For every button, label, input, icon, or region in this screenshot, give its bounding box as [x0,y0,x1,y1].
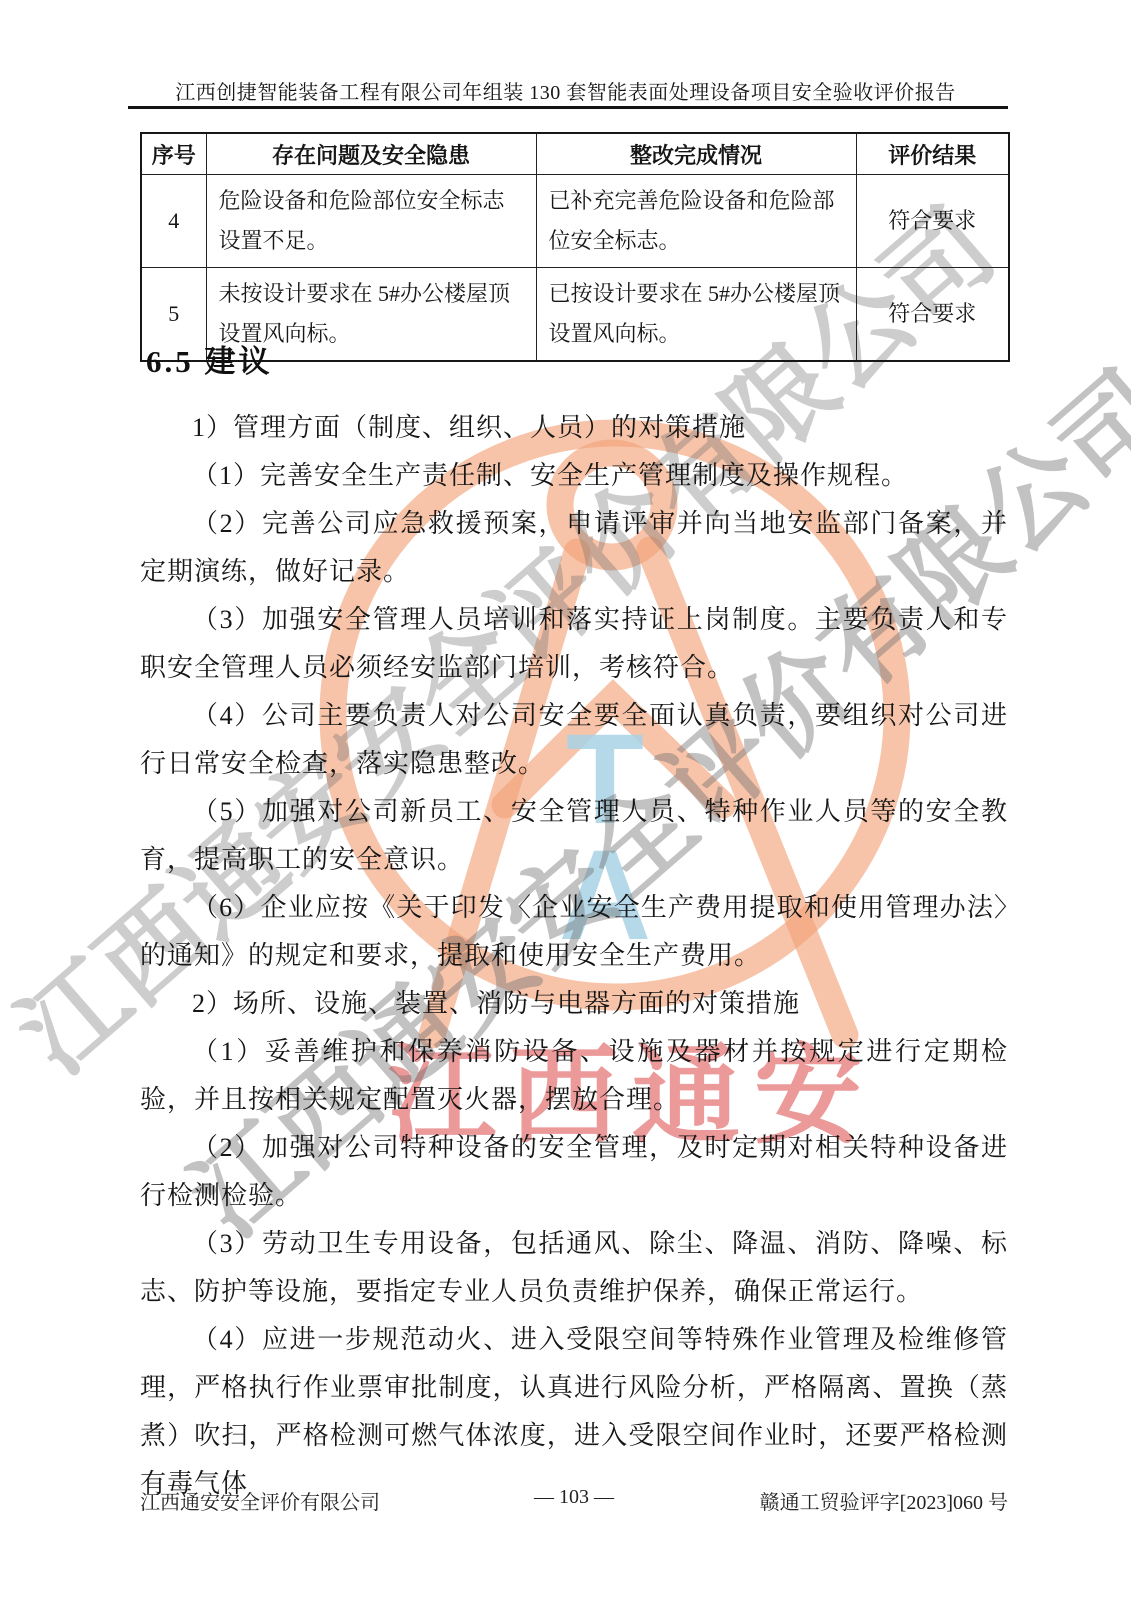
paragraph: （2）加强对公司特种设备的安全管理，及时定期对相关特种设备进行检测检验。 [140,1124,1008,1220]
table-row: 4 危险设备和危险部位安全标志设置不足。 已补充完善危险设备和危险部位安全标志。… [141,175,1009,268]
paragraph: 1）管理方面（制度、组织、人员）的对策措施 [140,404,1008,452]
col-header-no: 序号 [141,133,206,175]
recommendations-body: 1）管理方面（制度、组织、人员）的对策措施 （1）完善安全生产责任制、安全生产管… [140,404,1008,1508]
paragraph: （5）加强对公司新员工、安全管理人员、特种作业人员等的安全教育，提高职工的安全意… [140,788,1008,884]
table-header-row: 序号 存在问题及安全隐患 整改完成情况 评价结果 [141,133,1009,175]
paragraph: （6）企业应按《关于印发〈企业安全生产费用提取和使用管理办法〉的通知》的规定和要… [140,884,1008,980]
page-header-title: 江西创捷智能装备工程有限公司年组装 130 套智能表面处理设备项目安全验收评价报… [0,76,1131,105]
col-header-rectification: 整改完成情况 [536,133,856,175]
header-rule [128,106,1008,109]
paragraph: （4）应进一步规范动火、进入受限空间等特殊作业管理及检维修管理，严格执行作业票审… [140,1316,1008,1508]
col-header-result: 评价结果 [856,133,1009,175]
paragraph: （3）劳动卫生专用设备，包括通风、除尘、降温、消防、降噪、标志、防护等设施，要指… [140,1220,1008,1316]
row-result: 符合要求 [856,268,1009,362]
row-result: 符合要求 [856,175,1009,268]
footer-document-number: 赣通工贸验评字[2023]060 号 [760,1486,1008,1515]
issues-rectification-table: 序号 存在问题及安全隐患 整改完成情况 评价结果 4 危险设备和危险部位安全标志… [140,132,1010,362]
document-page: TA 江西通安 江西通安安全评价有限公司 江西通安安全评价有限公司 江西创捷智能… [0,0,1131,1600]
page-content: 江西创捷智能装备工程有限公司年组装 130 套智能表面处理设备项目安全验收评价报… [0,0,1131,1600]
paragraph: （2）完善公司应急救援预案，申请评审并向当地安监部门备案，并定期演练，做好记录。 [140,500,1008,596]
paragraph: （1）完善安全生产责任制、安全生产管理制度及操作规程。 [140,452,1008,500]
row-rectification: 已补充完善危险设备和危险部位安全标志。 [536,175,856,268]
row-problem: 危险设备和危险部位安全标志设置不足。 [206,175,536,268]
paragraph: 2）场所、设施、装置、消防与电器方面的对策措施 [140,980,1008,1028]
paragraph: （1）妥善维护和保养消防设备、设施及器材并按规定进行定期检验，并且按相关规定配置… [140,1028,1008,1124]
row-no: 4 [141,175,206,268]
col-header-problem: 存在问题及安全隐患 [206,133,536,175]
paragraph: （4）公司主要负责人对公司安全要全面认真负责，要组织对公司进行日常安全检查，落实… [140,692,1008,788]
paragraph: （3）加强安全管理人员培训和落实持证上岗制度。主要负责人和专职安全管理人员必须经… [140,596,1008,692]
row-rectification: 已按设计要求在 5#办公楼屋顶设置风向标。 [536,268,856,362]
section-heading: 6.5 建议 [146,336,273,381]
